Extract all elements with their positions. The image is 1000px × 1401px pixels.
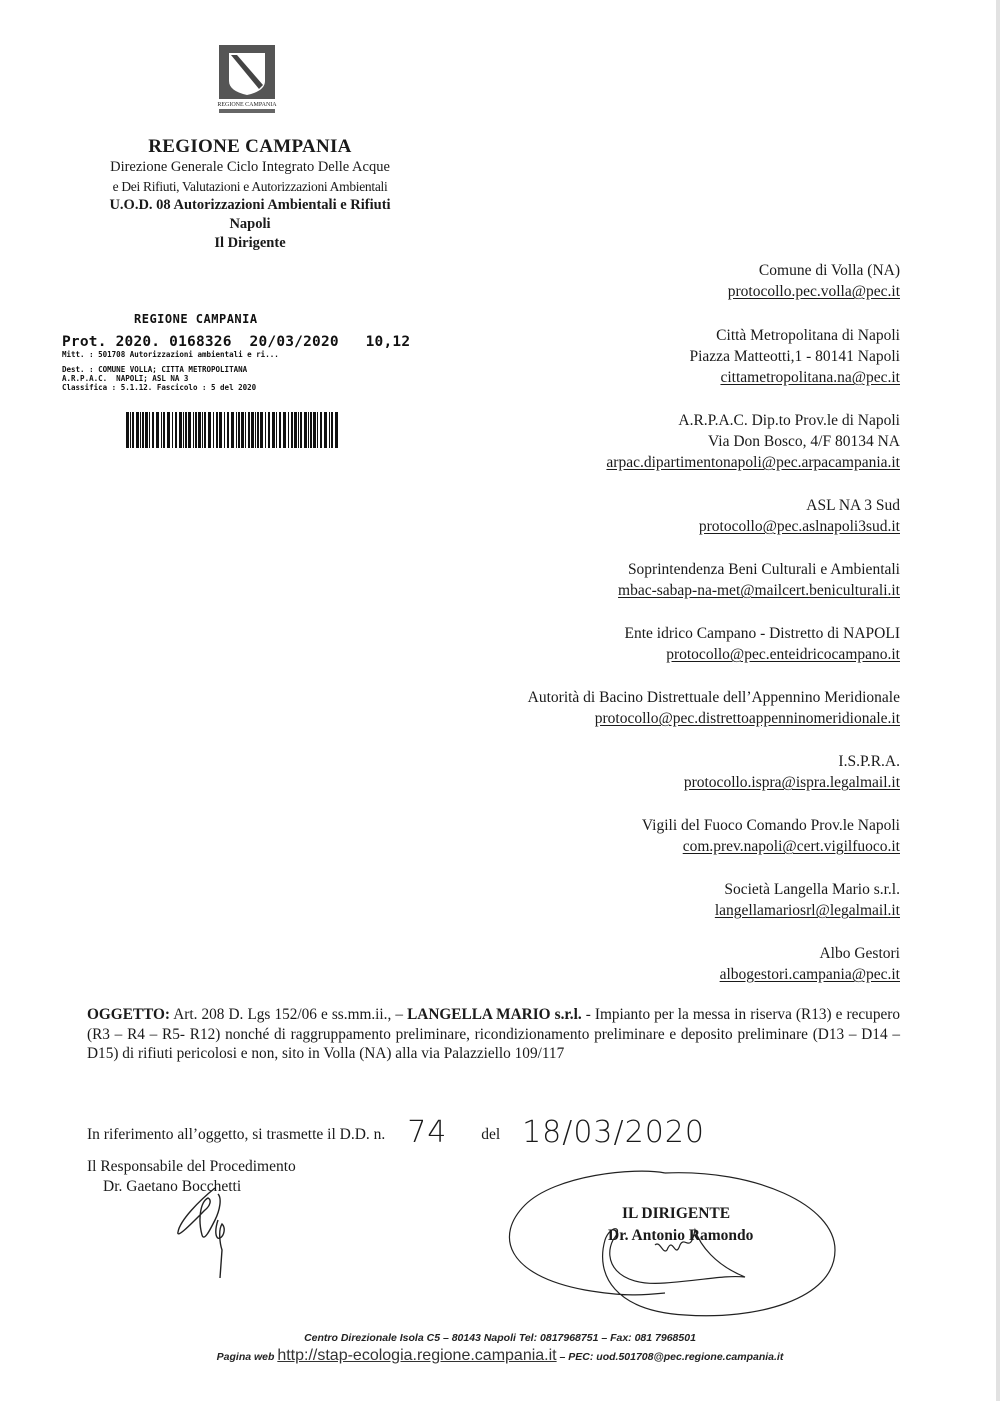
recipient-email[interactable]: mbac-sabap-na-met@mailcert.beniculturali…: [400, 580, 900, 601]
recipient-email[interactable]: albogestori.campania@pec.it: [400, 964, 900, 985]
regione-campania-logo: REGIONE CAMPANIA: [207, 45, 287, 113]
recipient-email[interactable]: com.prev.napoli@cert.vigilfuoco.it: [400, 836, 900, 857]
recipient-name-line: Albo Gestori: [400, 943, 900, 964]
recipient: Comune di Volla (NA)protocollo.pec.volla…: [400, 260, 900, 302]
director-block: IL DIRIGENTE Dr. Antonio Ramondo: [608, 1203, 808, 1247]
recipient-email[interactable]: protocollo.ispra@ispra.legalmail.it: [400, 772, 900, 793]
recipient-email[interactable]: cittametropolitana.na@pec.it: [400, 367, 900, 388]
recipient-email[interactable]: arpac.dipartimentonapoli@pec.arpacampani…: [400, 452, 900, 473]
stamp-recipients-2: A.R.P.A.C. NAPOLI; ASL NA 3: [62, 374, 442, 383]
footer-web-label: Pagina web: [217, 1351, 275, 1363]
recipient-email[interactable]: protocollo@pec.aslnapoli3sud.it: [400, 516, 900, 537]
recipient-name-line: Autorità di Bacino Distrettuale dell’App…: [400, 687, 900, 708]
recipient: Società Langella Mario s.r.l.langellamar…: [400, 879, 900, 921]
protocol-number: Prot. 2020. 0168326 20/03/2020 10,12: [62, 334, 442, 350]
recipient: Ente idrico Campano - Distretto di NAPOL…: [400, 623, 900, 665]
recipient-name-line: Città Metropolitana di Napoli: [400, 325, 900, 346]
office-role: Il Dirigente: [80, 234, 420, 253]
footer-address: Centro Direzionale Isola C5 – 80143 Napo…: [0, 1329, 1000, 1347]
recipient-email[interactable]: langellamariosrl@legalmail.it: [400, 900, 900, 921]
stamp-sender: Mitt. : 501708 Autorizzazioni ambientali…: [62, 350, 442, 359]
dd-number-handwritten: 74: [407, 1115, 447, 1150]
footer: Centro Direzionale Isola C5 – 80143 Napo…: [0, 1329, 1000, 1366]
recipient: Autorità di Bacino Distrettuale dell’App…: [400, 687, 900, 729]
subject: OGGETTO: Art. 208 D. Lgs 152/06 e ss.mm.…: [87, 1005, 900, 1064]
recipient-name-line: ASL NA 3 Sud: [400, 495, 900, 516]
recipient-email[interactable]: protocollo.pec.volla@pec.it: [400, 281, 900, 302]
stamp-recipients-1: Dest. : COMUNE VOLLA; CITTA METROPOLITAN…: [62, 365, 442, 374]
recipient: Vigili del Fuoco Comando Prov.le Napolic…: [400, 815, 900, 857]
responsible-title: Il Responsabile del Procedimento: [87, 1157, 296, 1177]
barcode: [126, 412, 338, 448]
logo-text: REGIONE CAMPANIA: [217, 102, 277, 108]
recipient-name-line: Vigili del Fuoco Comando Prov.le Napoli: [400, 815, 900, 836]
department-line-2: e Dei Rifiuti, Valutazioni e Autorizzazi…: [80, 177, 420, 196]
office-city: Napoli: [80, 215, 420, 234]
recipient: A.R.P.A.C. Dip.to Prov.le di NapoliVia D…: [400, 410, 900, 473]
recipient-name-line: Comune di Volla (NA): [400, 260, 900, 281]
recipient-name-line: Società Langella Mario s.r.l.: [400, 879, 900, 900]
responsible-signature: [170, 1180, 260, 1280]
protocol-stamp: REGIONE CAMPANIA Prot. 2020. 0168326 20/…: [62, 312, 442, 392]
recipient-email[interactable]: protocollo@pec.distrettoappenninomeridio…: [400, 708, 900, 729]
recipient-name-line: Ente idrico Campano - Distretto di NAPOL…: [400, 623, 900, 644]
recipient-email[interactable]: protocollo@pec.enteidricocampano.it: [400, 644, 900, 665]
recipient: Soprintendenza Beni Culturali e Ambienta…: [400, 559, 900, 601]
organization-name: REGIONE CAMPANIA: [80, 136, 420, 158]
stamp-classification: Classifica : 5.1.12. Fascicolo : 5 del 2…: [62, 383, 442, 392]
office-name: U.O.D. 08 Autorizzazioni Ambientali e Ri…: [80, 196, 420, 215]
footer-pec: – PEC: uod.501708@pec.regione.campania.i…: [560, 1351, 784, 1363]
recipients-list: Comune di Volla (NA)protocollo.pec.volla…: [400, 260, 900, 1007]
recipient: Albo Gestorialbogestori.campania@pec.it: [400, 943, 900, 985]
recipient: I.S.P.R.A.protocollo.ispra@ispra.legalma…: [400, 751, 900, 793]
recipient: ASL NA 3 Sudprotocollo@pec.aslnapoli3sud…: [400, 495, 900, 537]
subject-reference: Art. 208 D. Lgs 152/06 e ss.mm.ii., –: [170, 1006, 407, 1023]
reference-text: In riferimento all’oggetto, si trasmette…: [87, 1126, 385, 1143]
recipient-name-line: A.R.P.A.C. Dip.to Prov.le di Napoli: [400, 410, 900, 431]
subject-company: LANGELLA MARIO s.r.l.: [407, 1006, 582, 1023]
recipient-name-line: Piazza Matteotti,1 - 80141 Napoli: [400, 346, 900, 367]
scrollbar[interactable]: [996, 0, 1000, 1401]
recipient-name-line: I.S.P.R.A.: [400, 751, 900, 772]
recipient-name-line: Soprintendenza Beni Culturali e Ambienta…: [400, 559, 900, 580]
director-name: Dr. Antonio Ramondo: [608, 1225, 808, 1247]
del-label: del: [481, 1126, 500, 1143]
stamp-organization: REGIONE CAMPANIA: [62, 312, 442, 326]
reference-line: In riferimento all’oggetto, si trasmette…: [87, 1112, 705, 1147]
footer-web-link[interactable]: http://stap-ecologia.regione.campania.it: [277, 1347, 556, 1364]
recipient: Città Metropolitana di NapoliPiazza Matt…: [400, 325, 900, 388]
subject-label: OGGETTO:: [87, 1006, 170, 1023]
letterhead: REGIONE CAMPANIA Direzione Generale Cicl…: [80, 136, 420, 253]
recipient-name-line: Via Don Bosco, 4/F 80134 NA: [400, 431, 900, 452]
dd-date-handwritten: 18/03/2020: [522, 1115, 705, 1150]
director-title: IL DIRIGENTE: [608, 1203, 808, 1225]
department-line-1: Direzione Generale Ciclo Integrato Delle…: [80, 158, 420, 177]
